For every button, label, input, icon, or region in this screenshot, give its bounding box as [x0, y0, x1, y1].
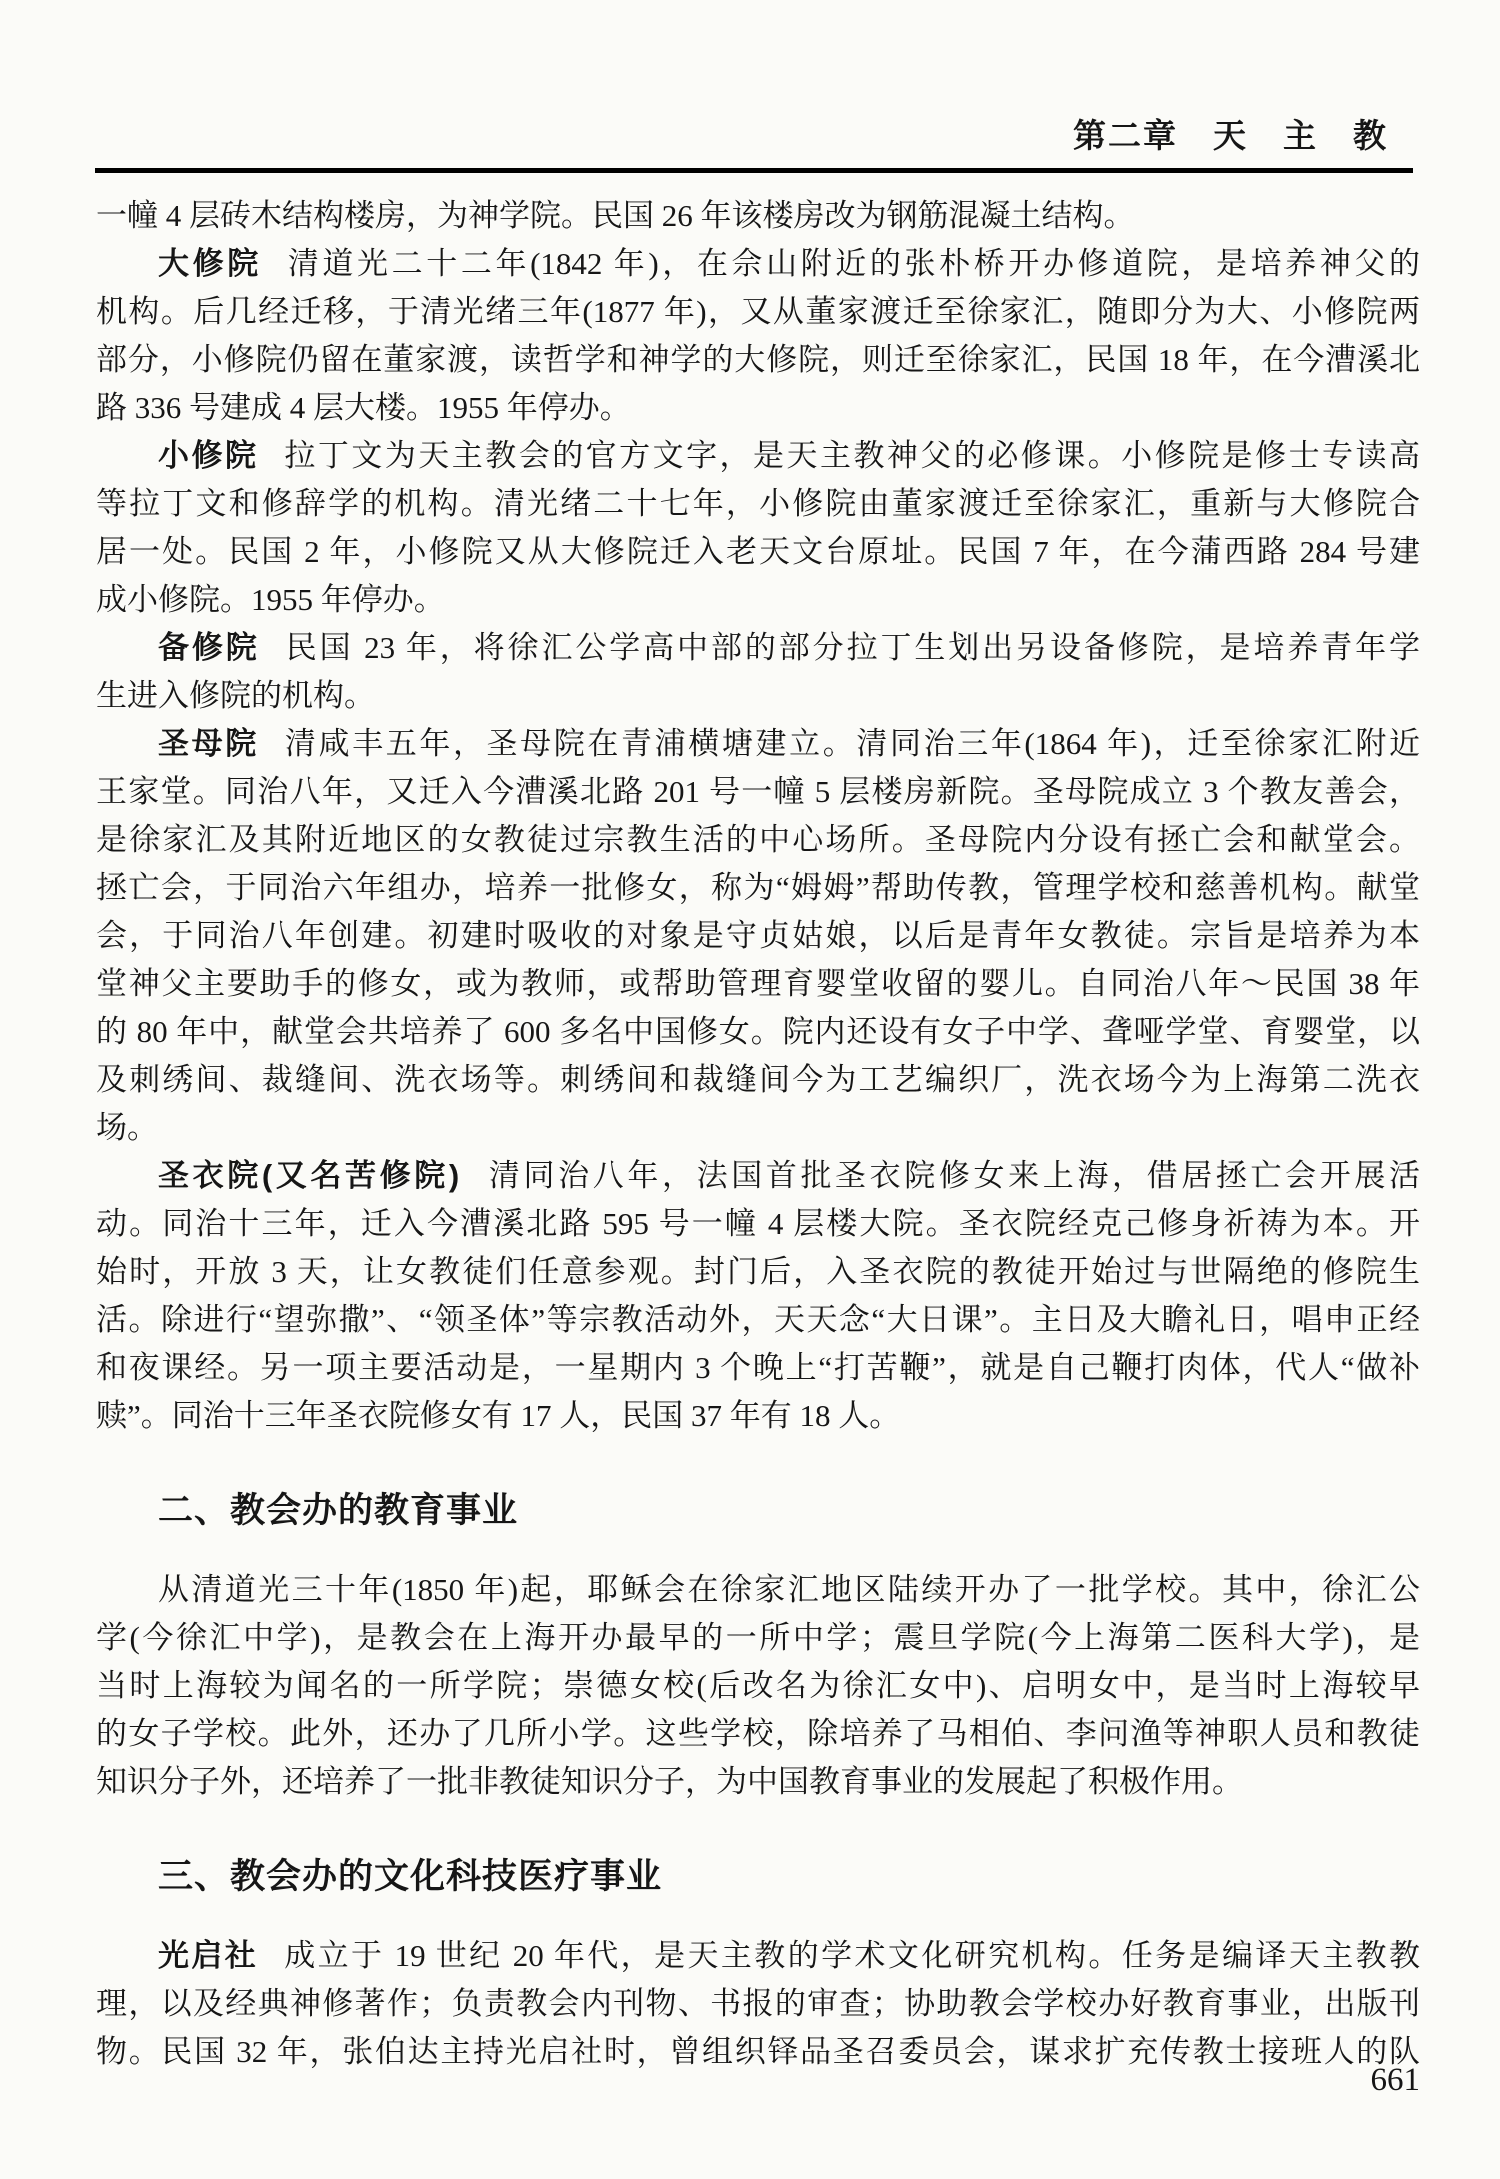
entry-text: 清咸丰五年，圣母院在青浦横塘建立。清同治三年(1864 年)，迁至徐家汇附近 — [285, 726, 1420, 761]
entry-text: 拉丁文为天主教会的官方文字，是天主教神父的必修课。小修院是修士专读高 — [284, 438, 1420, 473]
header-rule — [95, 168, 1413, 173]
text-line: 知识分子外，还培养了一批非教徒知识分子，为中国教育事业的发展起了积极作用。 — [96, 1758, 1420, 1806]
text-line: 动。同治十三年，迁入今漕溪北路 595 号一幢 4 层楼大院。圣衣院经克己修身祈… — [96, 1200, 1420, 1248]
text-line: 圣衣院(又名苦修院)清同治八年，法国首批圣衣院修女来上海，借居拯亡会开展活 — [96, 1152, 1420, 1200]
page-number: 661 — [96, 2062, 1420, 2098]
text-line: 理，以及经典神修著作；负责教会内刊物、书报的审查；协助教会学校办好教育事业，出版… — [96, 1980, 1420, 2028]
text-line: 居一处。民国 2 年，小修院又从大修院迁入老天文台原址。民国 7 年，在今蒲西路… — [96, 528, 1420, 576]
entry-paragraph: 光启社成立于 19 世纪 20 年代，是天主教的学术文化研究机构。任务是编译天主… — [96, 1932, 1420, 2076]
running-header: 第二章 天 主 教 — [96, 112, 1412, 160]
text-line: 部分，小修院仍留在董家渡，读哲学和神学的大修院，则迁至徐家汇，民国 18 年，在… — [96, 336, 1420, 384]
entry-term: 圣衣院(又名苦修院) — [158, 1158, 459, 1193]
text-line: 始时，开放 3 天，让女教徒们任意参观。封门后，入圣衣院的教徒开始过与世隔绝的修… — [96, 1248, 1420, 1296]
text-line: 机构。后几经迁移，于清光绪三年(1877 年)，又从董家渡迁至徐家汇，随即分为大… — [96, 288, 1420, 336]
text-line: 活。除进行“望弥撒”、“领圣体”等宗教活动外，天天念“大日课”。主日及大瞻礼日，… — [96, 1296, 1420, 1344]
text-line: 堂神父主要助手的修女，或为教师，或帮助管理育婴堂收留的婴儿。自同治八年～民国 3… — [96, 960, 1420, 1008]
text-line: 圣母院清咸丰五年，圣母院在青浦横塘建立。清同治三年(1864 年)，迁至徐家汇附… — [96, 720, 1420, 768]
entry-text: 清同治八年，法国首批圣衣院修女来上海，借居拯亡会开展活 — [485, 1158, 1420, 1193]
text-line: 赎”。同治十三年圣衣院修女有 17 人，民国 37 年有 18 人。 — [96, 1392, 1420, 1440]
entry-paragraph: 大修院清道光二十二年(1842 年)，在佘山附近的张朴桥开办修道院，是培养神父的… — [96, 240, 1420, 432]
text-line: 学(今徐汇中学)，是教会在上海开办最早的一所中学；震旦学院(今上海第二医科大学)… — [96, 1614, 1420, 1662]
entry-text: 清道光二十二年(1842 年)，在佘山附近的张朴桥开办修道院，是培养神父的 — [288, 246, 1420, 281]
text-line: 一幢 4 层砖木结构楼房，为神学院。民国 26 年该楼房改为钢筋混凝土结构。 — [96, 192, 1420, 240]
text-line: 生进入修院的机构。 — [96, 672, 1420, 720]
entry-text: 成立于 19 世纪 20 年代，是天主教的学术文化研究机构。任务是编译天主教教 — [284, 1938, 1420, 1973]
section-heading-culture: 三、教会办的文化科技医疗事业 — [96, 1852, 1420, 1902]
entry-paragraph: 备修院民国 23 年，将徐汇公学高中部的部分拉丁生划出另设备修院，是培养青年学 … — [96, 624, 1420, 720]
text-line: 拯亡会，于同治六年组办，培养一批修女，称为“姆姆”帮助传教，管理学校和慈善机构。… — [96, 864, 1420, 912]
entry-term: 光启社 — [158, 1938, 258, 1973]
section-paragraph: 从清道光三十年(1850 年)起，耶稣会在徐家汇地区陆续开办了一批学校。其中，徐… — [96, 1566, 1420, 1806]
entry-paragraph: 圣母院清咸丰五年，圣母院在青浦横塘建立。清同治三年(1864 年)，迁至徐家汇附… — [96, 720, 1420, 1152]
text-line: 小修院拉丁文为天主教会的官方文字，是天主教神父的必修课。小修院是修士专读高 — [96, 432, 1420, 480]
page-body: 一幢 4 层砖木结构楼房，为神学院。民国 26 年该楼房改为钢筋混凝土结构。 大… — [96, 192, 1420, 2076]
text-line: 当时上海较为闻名的一所学院；崇德女校(后改名为徐汇女中)、启明女中，是当时上海较… — [96, 1662, 1420, 1710]
section-heading-education: 二、教会办的教育事业 — [96, 1486, 1420, 1536]
text-line: 是徐家汇及其附近地区的女教徒过宗教生活的中心场所。圣母院内分设有拯亡会和献堂会。 — [96, 816, 1420, 864]
entry-term: 备修院 — [158, 630, 260, 665]
text-line: 王家堂。同治八年，又迁入今漕溪北路 201 号一幢 5 层楼房新院。圣母院成立 … — [96, 768, 1420, 816]
text-line: 和夜课经。另一项主要活动是，一星期内 3 个晚上“打苦鞭”，就是自己鞭打肉体，代… — [96, 1344, 1420, 1392]
text-line: 成小修院。1955 年停办。 — [96, 576, 1420, 624]
entry-paragraph: 小修院拉丁文为天主教会的官方文字，是天主教神父的必修课。小修院是修士专读高 等拉… — [96, 432, 1420, 624]
text-line: 场。 — [96, 1104, 1420, 1152]
text-line: 从清道光三十年(1850 年)起，耶稣会在徐家汇地区陆续开办了一批学校。其中，徐… — [96, 1566, 1420, 1614]
text-line: 及刺绣间、裁缝间、洗衣场等。刺绣间和裁缝间今为工艺编织厂，洗衣场今为上海第二洗衣 — [96, 1056, 1420, 1104]
book-page: 第二章 天 主 教 一幢 4 层砖木结构楼房，为神学院。民国 26 年该楼房改为… — [0, 0, 1500, 2179]
text-line: 光启社成立于 19 世纪 20 年代，是天主教的学术文化研究机构。任务是编译天主… — [96, 1932, 1420, 1980]
text-line: 路 336 号建成 4 层大楼。1955 年停办。 — [96, 384, 1420, 432]
text-line: 等拉丁文和修辞学的机构。清光绪二十七年，小修院由董家渡迁至徐家汇，重新与大修院合 — [96, 480, 1420, 528]
entry-paragraph: 圣衣院(又名苦修院)清同治八年，法国首批圣衣院修女来上海，借居拯亡会开展活 动。… — [96, 1152, 1420, 1440]
text-line: 的 80 年中，献堂会共培养了 600 多名中国修女。院内还设有女子中学、聋哑学… — [96, 1008, 1420, 1056]
entry-term: 大修院 — [158, 246, 262, 281]
text-line: 的女子学校。此外，还办了几所小学。这些学校，除培养了马相伯、李问渔等神职人员和教… — [96, 1710, 1420, 1758]
text-line: 大修院清道光二十二年(1842 年)，在佘山附近的张朴桥开办修道院，是培养神父的 — [96, 240, 1420, 288]
text-line: 会，于同治八年创建。初建时吸收的对象是守贞姑娘，以后是青年女教徒。宗旨是培养为本 — [96, 912, 1420, 960]
text-line: 备修院民国 23 年，将徐汇公学高中部的部分拉丁生划出另设备修院，是培养青年学 — [96, 624, 1420, 672]
entry-text: 民国 23 年，将徐汇公学高中部的部分拉丁生划出另设备修院，是培养青年学 — [286, 630, 1420, 665]
entry-term: 小修院 — [158, 438, 258, 473]
entry-term: 圣母院 — [158, 726, 259, 761]
